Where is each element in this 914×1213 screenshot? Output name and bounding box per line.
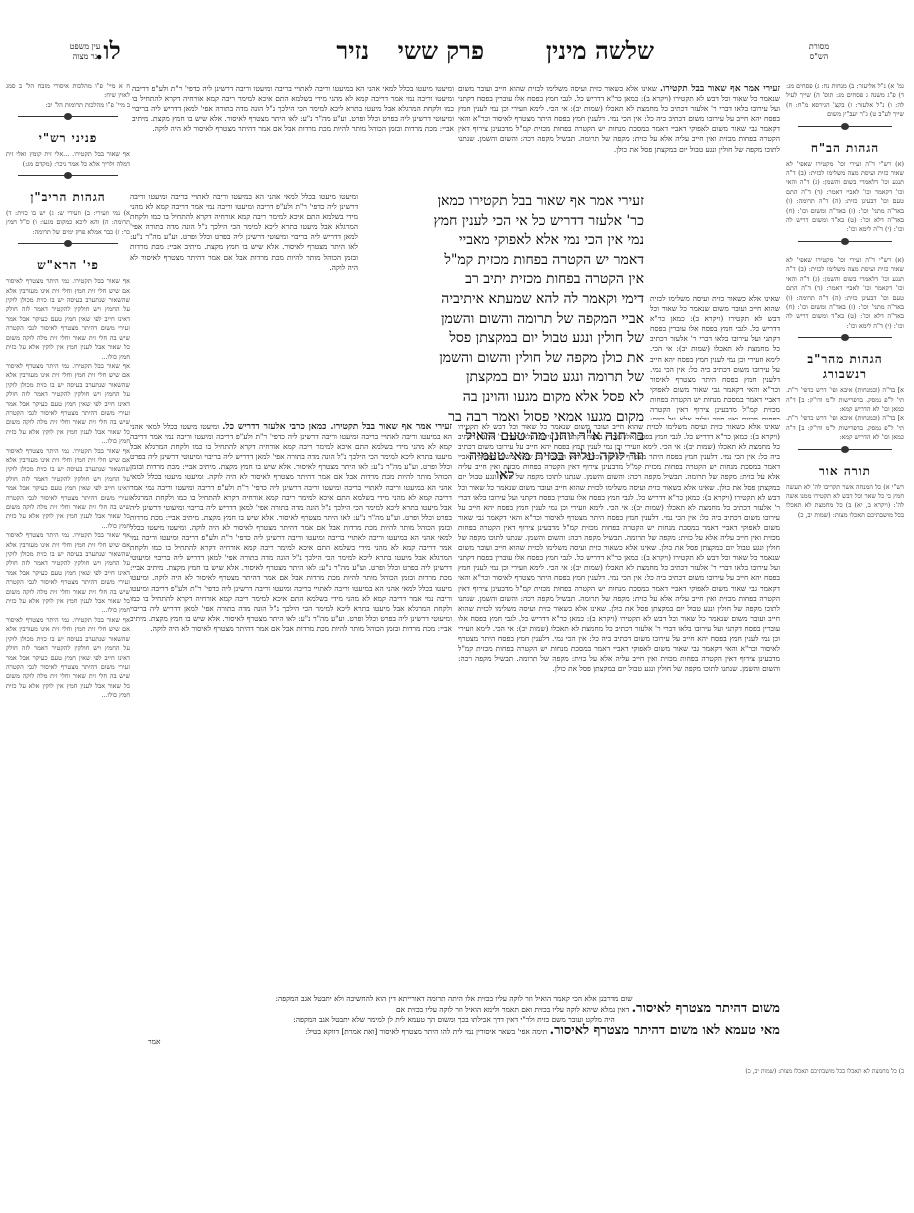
- hagahot-habach-continued: (א) רש"י ד"ה זעירי וכו' מקטירו שאפי' לא …: [786, 256, 904, 331]
- ornament-divider: [18, 175, 118, 184]
- right-margin: גמ' א) נ"ל אליעזר: ב) מנחות נח: ג) פסחים…: [786, 82, 904, 1092]
- rosh-heading: פי' הרא"ש: [6, 258, 130, 273]
- gemara-line: של חולין ונגע טבול יום במקצתן פסל: [366, 329, 644, 349]
- gemara-line: את כולן מקפה של חולין והשום והשמן: [366, 349, 644, 369]
- torah-or: רש"י א) כל המנחה אשר תקריבו לה' לא תעשה …: [786, 483, 904, 521]
- hagahot-habach: (א) רש"י ד"ה זעירי וכו' מקטירו שאפי' לא …: [786, 160, 904, 235]
- page-header: מסורת הש"ס שלשה מינין פרק ששי נזיר לו. ע…: [0, 38, 914, 82]
- tosafot-opening: זעירי אמר אף שאור בבל תקטירו. כמאן כרבי …: [222, 422, 452, 432]
- masoret-label: מסורת הש"ס: [784, 42, 854, 62]
- tosafot-commentary-side: ומיעטו מיעטו בכלל למאי אהני הא במיעטו ור…: [130, 192, 358, 420]
- hagahot-riban: א) נמי וזעירי: ב) וזעירי ש: ג) יש בו כזי…: [6, 209, 130, 237]
- penei-rashi-heading: פניני רש"י: [6, 131, 130, 146]
- gemara-line: של תרומה ונגע טבול יום במקצתן: [366, 368, 644, 388]
- ornament-divider: [18, 243, 118, 252]
- ornament-divider: [798, 337, 892, 346]
- hagahot-maharav-continued: א] בד"ה (ובמנחות) איבא ופי' דרש כדפי' ר"…: [786, 414, 904, 442]
- rashi-lower-text-2: שאינו אלא כשאור כזית ועיסה משלימו לכזית …: [458, 483, 780, 553]
- gemara-line: כר' אלעזר דדריש כל אי הכי לענין חמץ: [366, 212, 644, 232]
- rashi-lower-text-4: שאינו אלא כשאור כזית ועיסה משלימו לכזית …: [458, 604, 780, 674]
- ein-mishpat-entry: ב מיי' פ"ו מהלכות תרומות הל' יב:: [6, 101, 130, 110]
- talmud-page: מסורת הש"ס שלשה מינין פרק ששי נזיר לו. ע…: [0, 0, 914, 1213]
- perek-label: פרק ששי: [398, 36, 484, 66]
- tosafot-text-continued: ומיעטו מיעטו בכלל למאי אהני הא במיעטו ור…: [130, 192, 358, 272]
- left-margin: ח א מיי' פ"ו מהלכות איסורי מזבח הל' ב סמ…: [6, 82, 130, 1092]
- gemara-line: דאמר יש הקטרה בפחות מכזית קמ"ל: [366, 251, 644, 271]
- gemara-line: דימי וקאמר לה להא שמעתא איתיביה: [366, 290, 644, 310]
- bottom-line-4: מאי טעמא לאו משום דהיתר מצטרף לאיסור. תי…: [128, 1026, 780, 1037]
- bottom-line-2-heading: משום דהיתר מצטרף לאיסור.: [632, 1001, 780, 1016]
- torah-or-heading: תורה אור: [786, 464, 904, 479]
- bottom-line-2: משום דהיתר מצטרף לאיסור. דאין נמלא שיהא …: [128, 1004, 780, 1015]
- gemara-line: אביי המקפה של תרומה והשום והשמן: [366, 310, 644, 330]
- hagahot-maharav-heading: הגהות מהר"ב רנשבורג: [786, 352, 904, 382]
- gemara-line: לא פסל אלא מקום מגעו והוינן בה: [366, 388, 644, 408]
- ein-mishpat-entry: ח א מיי' פ"ו מהלכות איסורי מזבח הל' ב סמ…: [6, 82, 130, 101]
- tosafot-lower-block: זעירי אמר אף שאור בבל תקטירו. כמאן כרבי …: [130, 422, 452, 992]
- ein-mishpat-label: עין משפט נר מצוה: [50, 42, 120, 62]
- rosh-commentary-cont-2: אף שאור בבל תקטירו. נמי היתר מצטרף לאיסו…: [6, 447, 130, 532]
- rashi-lower-text: שאינו אלא כשאור כזית ועיסה משלימו לכזית …: [458, 422, 780, 492]
- rashi-text: שאינו אלא כשאור כזית ועיסה משלימו לכזית …: [458, 84, 780, 154]
- gemara-line: נמי אין הכי נמי אלא לאפוקי מאביי: [366, 231, 644, 251]
- ornament-divider: [18, 116, 118, 125]
- masoret-hashas: גמ' א) נ"ל אליעזר: ב) מנחות נח: ג) פסחים…: [786, 82, 904, 120]
- rashi-commentary-lower: שאינו אלא כשאור כזית ועיסה משלימו לכזית …: [650, 294, 780, 420]
- rashi-text-continued: שאינו אלא כשאור כזית ועיסה משלימו לכזית …: [650, 294, 780, 420]
- rashi-lower-block: שאינו אלא כשאור כזית ועיסה משלימו לכזית …: [458, 422, 780, 992]
- hagahot-habach-heading: הגהות הב"ח: [786, 141, 904, 156]
- rosh-commentary-cont-3: אף שאור בבל תקטירו. נמי היתר מצטרף לאיסו…: [6, 531, 130, 616]
- tosafot-text: ומיעטו מיעטו בכלל למאי אהני הא במיעטו ור…: [132, 84, 454, 133]
- ornament-divider: [798, 126, 892, 135]
- ornament-divider: [798, 449, 892, 458]
- bottom-line-4-heading: מאי טעמא לאו משום דהיתר מצטרף לאיסור.: [550, 1023, 780, 1038]
- rosh-commentary-cont: אף שאור בבל תקטירו. נמי היתר מצטרף לאיסו…: [6, 362, 130, 447]
- rashi-opening: זעירי אמר אף שאור בבל תקטירו.: [660, 84, 780, 94]
- gemara-line: זעירי אמר אף שאור בבל תקטירו כמאן: [366, 192, 644, 212]
- chapter-name: שלשה מינין: [546, 36, 654, 66]
- ornament-divider: [798, 241, 892, 250]
- gemara-line: אין הקטרה בפחות מכזית יתיב רב: [366, 270, 644, 290]
- bottom-line-2-text: דאין נמלא שיהא לוקה עליו בכזית ואם תאמר …: [396, 1005, 629, 1014]
- hagahot-maharav: א] בד"ה (ובמנחות) איבא ופי' דרש כדפי' ר"…: [786, 386, 904, 414]
- bottom-line-5: אמר: [128, 1037, 780, 1047]
- rashi-lower-text-3: שאינו אלא כשאור כזית ועיסה משלימו לכזית …: [458, 543, 780, 613]
- bottom-line-4-text: תימה אפי' בשאר איסורין נמי לית להו היתר …: [305, 1027, 547, 1036]
- penei-rashi: אף שאור בבל תקטירו. ...אלי זית קומץ ואלי…: [6, 150, 130, 169]
- bottom-commentary: שום מדרבנן אלא הכי קאמר הואיל וזר לוקה ע…: [128, 994, 780, 1047]
- rosh-commentary: אף שאור בבל תקטירו. נמי היתר מצטרף לאיסו…: [6, 277, 130, 362]
- hagahot-riban-heading: הגהות הריב"ן: [6, 190, 130, 205]
- tractate-name: נזיר: [336, 36, 369, 66]
- rosh-commentary-cont-4: אף שאור בבל תקטירו. נמי היתר מצטרף לאיסו…: [6, 616, 130, 701]
- torah-or-footnote: ב) כל מחמצת לא תאכלו בכל מושבתיכם תאכלו …: [204, 1068, 904, 1075]
- tosafot-commentary: ומיעטו מיעטו בכלל למאי אהני הא במיעטו ור…: [132, 84, 454, 192]
